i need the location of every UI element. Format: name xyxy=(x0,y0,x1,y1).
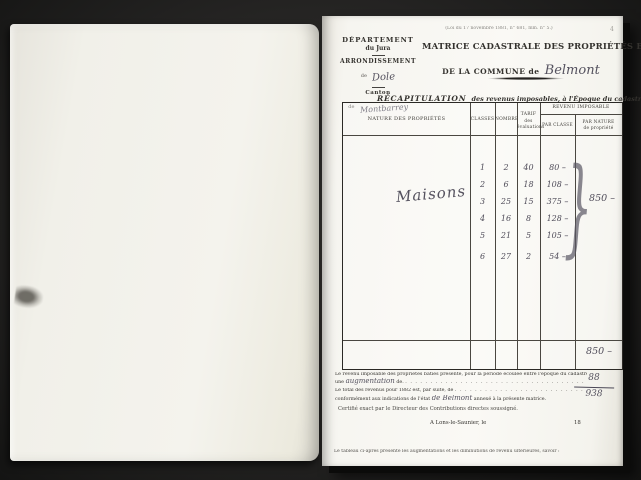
augmentation-value: 88 xyxy=(574,373,614,383)
col-nature-header: NATURE DES PROPRIÉTÉS xyxy=(343,116,470,122)
classe-value: 6 xyxy=(470,252,495,261)
divider xyxy=(372,55,385,56)
classe-value: 2 xyxy=(470,180,495,189)
dot-leader: . . . . . . . . . . . . . . . . . . . . … xyxy=(405,380,587,385)
tarif-value: 8 xyxy=(517,214,540,223)
augmentation-handwritten: augmentation xyxy=(346,378,395,385)
nombre-value: 27 xyxy=(495,252,517,261)
tarif-value: 5 xyxy=(517,231,540,240)
col-par-nature-header: PAR NATURE xyxy=(575,119,622,124)
nombre-value: 2 xyxy=(495,163,517,172)
arrondissement-handwritten: Dole xyxy=(372,71,396,83)
decorative-rule xyxy=(488,77,564,80)
commune-prefix: DE LA COMMUNE de xyxy=(442,67,539,76)
certification-line: Certifié exact par le Directeur des Cont… xyxy=(338,406,518,412)
scanned-cadastral-register-photo: (Loi du 17 novembre 1881, n° 681, mm. n°… xyxy=(0,0,641,480)
ink-stamp xyxy=(14,284,45,310)
dot-leader: . . . . . . . . . . . . . . . . . . . . … xyxy=(455,388,587,393)
classe-value: 4 xyxy=(470,214,495,223)
form-page: (Loi du 17 novembre 1881, n° 681, mm. n°… xyxy=(322,16,623,466)
col-tarif-header: TARIF xyxy=(517,112,540,117)
col-par-nature-header-2: de propriété xyxy=(575,125,622,130)
nombre-value: 21 xyxy=(495,231,517,240)
classe-value: 5 xyxy=(470,231,495,240)
tarif-value: 2 xyxy=(517,252,540,261)
nombre-value: 25 xyxy=(495,197,517,206)
nature-handwritten-maisons: Maisons xyxy=(380,181,481,208)
revenu-group-header: REVENU IMPOSABLE xyxy=(540,105,622,110)
left-blank-page xyxy=(10,24,319,461)
classe-value: 3 xyxy=(470,197,495,206)
bottom-note: Le tableau ci-après présente les augment… xyxy=(334,449,614,454)
folio-number: 4 xyxy=(610,26,614,33)
header-bottom-line xyxy=(343,135,622,136)
recapitulation-table: NATURE DES PROPRIÉTÉS CLASSES NOMBRE TAR… xyxy=(342,102,623,370)
tarif-value: 18 xyxy=(517,180,540,189)
col-tarif-header-2: des xyxy=(517,118,540,123)
nombre-value: 6 xyxy=(495,180,517,189)
footer-de: de. xyxy=(396,380,403,385)
footer-line-2b: conformément aux indications de l'état d… xyxy=(335,395,587,403)
etat-handwritten: de Belmont xyxy=(432,395,473,402)
table-bottom-total: 850 – xyxy=(575,346,623,357)
col-par-classe-header: PAR CLASSE xyxy=(540,122,575,127)
footer-une: une xyxy=(335,380,344,385)
place-date-line: A Lons-le-Saunier, le xyxy=(430,420,486,426)
footer-total-text: Le total des revenus pour 1882 est, par … xyxy=(335,388,453,393)
col-classes-header: CLASSES xyxy=(470,117,495,122)
departement-label: DÉPARTEMENT xyxy=(330,36,426,44)
par-nature-total: 850 – xyxy=(579,193,625,204)
law-reference: (Loi du 17 novembre 1881, n° 681, mm. n°… xyxy=(434,26,564,31)
col-tarif-header-3: évaluations xyxy=(517,124,540,129)
classe-value: 1 xyxy=(470,163,495,172)
departement-value: du Jura xyxy=(330,45,426,52)
footer-etat-text: conformément aux indications de l'état xyxy=(335,397,430,402)
handwritten-brace: } xyxy=(564,153,592,261)
group-header-line xyxy=(540,114,622,115)
document-title: MATRICE CADASTRALE DES PROPRIÉTÉS BATIES xyxy=(422,42,620,52)
year-prefix: 18 xyxy=(574,420,581,426)
arrondissement-line: de Dole xyxy=(330,65,426,84)
nombre-value: 16 xyxy=(495,214,517,223)
tarif-value: 15 xyxy=(517,197,540,206)
arrondissement-de: de xyxy=(361,73,367,79)
footer-line-1b: une augmentation de. . . . . . . . . . .… xyxy=(335,378,587,386)
commune-line: DE LA COMMUNE de Belmont xyxy=(422,59,620,78)
footer-annexe-text: annexé à la présente matrice. xyxy=(474,397,546,402)
arrondissement-label: ARRONDISSEMENT xyxy=(330,58,426,65)
col-nombre-header: NOMBRE xyxy=(495,117,517,122)
commune-handwritten: Belmont xyxy=(545,63,600,78)
footer-line-2a: Le total des revenus pour 1882 est, par … xyxy=(335,388,587,394)
tarif-value: 40 xyxy=(517,163,540,172)
total-1882-value: 938 xyxy=(574,386,614,399)
totals-line xyxy=(343,340,622,341)
